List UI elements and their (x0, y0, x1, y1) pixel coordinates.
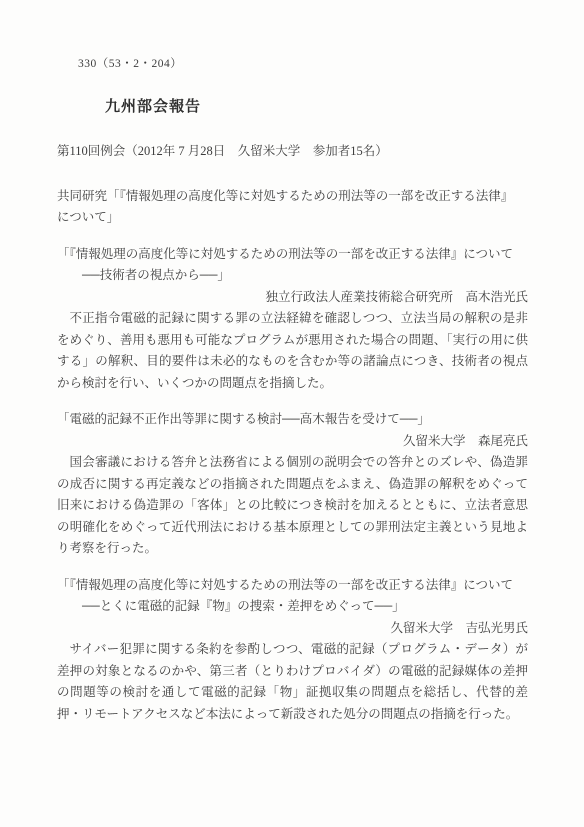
speaker-attribution: 久留米大学 森尾亮氏 (57, 431, 528, 453)
report-section-title: 九州部会報告 (105, 98, 528, 116)
presentation-title: 「電磁的記録不正作出等罪に関する検討──高木報告を受けて──」 (57, 409, 528, 431)
speaker-attribution: 久留米大学 吉弘光男氏 (57, 618, 528, 640)
page-number-header: 330（53・2・204） (57, 56, 528, 72)
presentation-subtitle: ──技術者の視点から──」 (57, 265, 528, 287)
joint-research-title: 共同研究「『情報処理の高度化等に対処するための刑法等の一部を改正する法律』 につ… (57, 186, 528, 229)
speaker-attribution: 独立行政法人産業技術総合研究所 高木浩光氏 (57, 287, 528, 309)
presentation-block-3: 「『情報処理の高度化等に対処するための刑法等の一部を改正する法律』について ──… (57, 575, 528, 726)
joint-research-line1: 共同研究「『情報処理の高度化等に対処するための刑法等の一部を改正する法律』 (57, 186, 528, 208)
presentation-block-1: 「『情報処理の高度化等に対処するための刑法等の一部を改正する法律』について ──… (57, 244, 528, 395)
presentation-title: 「『情報処理の高度化等に対処するための刑法等の一部を改正する法律』について (57, 575, 528, 597)
abstract-paragraph: サイバー犯罪に関する条約を参酌しつつ、電磁的記録（プログラム・データ）が差押の対… (57, 639, 528, 725)
presentation-block-2: 「電磁的記録不正作出等罪に関する検討──高木報告を受けて──」 久留米大学 森尾… (57, 409, 528, 560)
joint-research-line2: について」 (57, 207, 528, 229)
abstract-paragraph: 不正指令電磁的記録に関する罪の立法経緯を確認しつつ、立法当局の解釈の是非をめぐり… (57, 308, 528, 394)
presentation-subtitle: ──とくに電磁的記録『物』の捜索・差押をめぐって──」 (57, 596, 528, 618)
meeting-info-line: 第110回例会（2012年 7 月28日 久留米大学 参加者15名） (57, 141, 528, 163)
abstract-paragraph: 国会審議における答弁と法務省による個別の説明会での答弁とのズレや、偽造罪の成否に… (57, 452, 528, 560)
presentation-title: 「『情報処理の高度化等に対処するための刑法等の一部を改正する法律』について (57, 244, 528, 266)
journal-page: 330（53・2・204） 九州部会報告 第110回例会（2012年 7 月28… (0, 0, 584, 827)
